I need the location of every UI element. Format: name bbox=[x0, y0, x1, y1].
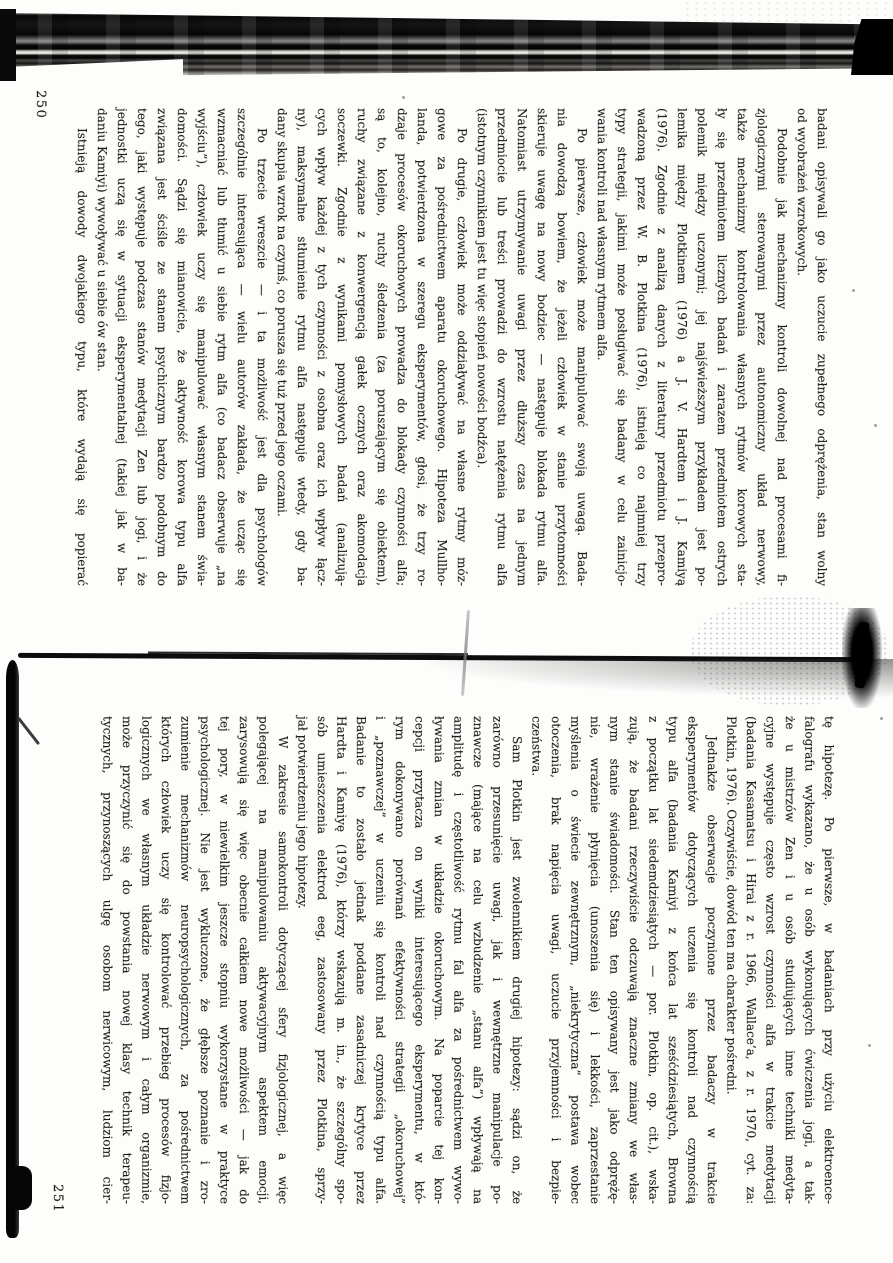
text-line: szczególnie interesująca — wielu autorów… bbox=[232, 108, 252, 586]
text-line: landa, potwierdzona w szeregu eksperymen… bbox=[412, 108, 432, 586]
text-line: myślenia o świecie zewnętrznym, „niekryt… bbox=[565, 716, 585, 1204]
text-line: przedmiocie lub treści prowadzi do wzros… bbox=[492, 108, 512, 586]
text-line: że u mistrzów Zen i u osób studiujących … bbox=[780, 716, 800, 1204]
text-line: jał potwierdzeniu jego hipotezy. bbox=[292, 716, 312, 1204]
text-line: nia dowodzą bowiem, że jeżeli człowiek w… bbox=[552, 108, 572, 586]
text-line: daniu Kamiyi) wywoływać u siebie ów stan… bbox=[92, 108, 112, 586]
text-line: ływania zmian w układzie okoruchowym. Na… bbox=[429, 716, 449, 1204]
spine-shadow-bump bbox=[8, 1166, 32, 1210]
book-edge-left-cap bbox=[0, 9, 16, 81]
text-line: (istotnym czynnikiem jest tu więc stopie… bbox=[472, 108, 492, 586]
text-line: może przyczynić się do powstania nowej k… bbox=[117, 716, 137, 1204]
text-line: typu alfa (badania Kamiyi z końca lat sz… bbox=[663, 716, 683, 1204]
text-line: dzaje procesów okoruchowych prowadza do … bbox=[392, 108, 412, 586]
scan-noise-top-right bbox=[683, 0, 893, 24]
spine-shadow-bar bbox=[6, 660, 19, 1238]
book-scan: badani opisywali go jako uczucie zupełne… bbox=[0, 0, 893, 1263]
text-line: których człowiek uczy się kontrolować pr… bbox=[156, 716, 176, 1204]
text-line: Po trzecie wreszcie — i ta możliwość jes… bbox=[252, 108, 272, 586]
ink-speck bbox=[402, 96, 405, 99]
page-251: tę hipotezę. Po pierwsze, w badaniach pr… bbox=[97, 716, 838, 1204]
text-line: czeństwa. bbox=[526, 716, 546, 1204]
text-line: tycznych, przynoszących ulgę osobom nerw… bbox=[97, 716, 117, 1204]
text-line: polemik między uczonymi; jej najświeższy… bbox=[692, 108, 712, 586]
text-line: W zakresie samokontroli dotyczącej sfery… bbox=[273, 716, 293, 1204]
page-gutter-ink-blob bbox=[842, 608, 882, 708]
text-line: wadzoną przez W. B. Plotkina (1976), ist… bbox=[632, 108, 652, 586]
text-line: nym stanie świadomości. Stan ten opisywa… bbox=[604, 716, 624, 1204]
text-line: nie, wrażenie płynięcia (unoszenia się) … bbox=[585, 716, 605, 1204]
text-line: zjologicznymi sterowanymi przez autonomi… bbox=[752, 108, 772, 586]
text-line: falografu wykazano, że u osób wykonujący… bbox=[799, 716, 819, 1204]
text-line: Hardta i Kamiyę (1976), którzy wskazują … bbox=[331, 716, 351, 1204]
text-line: Po pierwsze, człowiek może manipulować s… bbox=[572, 108, 592, 586]
text-line: Istnieją dowody dwojakiego typu, które w… bbox=[72, 108, 92, 586]
text-line: psychologicznej. Nie jest wykluczone, że… bbox=[195, 716, 215, 1204]
text-line: tę hipotezę. Po pierwsze, w badaniach pr… bbox=[819, 716, 839, 1204]
text-line: i „poznawczej” w uczeniu się kontroli na… bbox=[370, 716, 390, 1204]
ink-speck bbox=[852, 289, 855, 292]
text-line: są to, kolejno, ruchy śledzenia (za poru… bbox=[372, 108, 392, 586]
text-line: znawcze (mające na celu wzbudzenie „stan… bbox=[468, 716, 488, 1204]
text-line: z początku lat siedemdziesiątych — por. … bbox=[643, 716, 663, 1204]
text-line: rym dokonywano porównań efektywności str… bbox=[390, 716, 410, 1204]
text-line: Plotkin, 1976). Oczywiście, dowód ten ma… bbox=[721, 716, 741, 1204]
ink-speck bbox=[560, 560, 563, 563]
text-line: typy strategii, jakimi może posługiwać s… bbox=[612, 108, 632, 586]
text-line: Natomiast utrzymywanie uwagi przez dłużs… bbox=[512, 108, 532, 586]
text-line: cepcji przytacza on wyniki interesująceg… bbox=[409, 716, 429, 1204]
text-line: otoczenia, brak napięcia uwagi, uczucie … bbox=[546, 716, 566, 1204]
text-line: ny), maksymalne stłumienie rytmu alfa na… bbox=[292, 108, 312, 586]
text-line: skieruje uwagę na nowy bodziec — następu… bbox=[532, 108, 552, 586]
text-line: zują, że badani rzeczywiście odczuwają z… bbox=[624, 716, 644, 1204]
text-line: zumienie mechanizmów neuropsychologiczny… bbox=[175, 716, 195, 1204]
text-line: Podobnie jak mechanizmy kontroli dowolne… bbox=[772, 108, 792, 586]
text-line: (badania Kasamatsu i Hirai z r. 1966, Wa… bbox=[741, 716, 761, 1204]
text-line: soczewki. Zgodnie z wynikami pomysłowych… bbox=[332, 108, 352, 586]
text-line: dany skupia wzrok na czymś, co porusza s… bbox=[272, 108, 292, 586]
text-line: cych wpływ każdej z tych czynności z oso… bbox=[312, 108, 332, 586]
text-line: lemika między Plotkinem (1976) a J. V. H… bbox=[672, 108, 692, 586]
ink-speck bbox=[874, 424, 877, 427]
text-line: tego, jaki występuje podczas stanów medy… bbox=[132, 108, 152, 586]
text-line: także mechanizmy kontrolowania własnych … bbox=[732, 108, 752, 586]
text-line: ły się przedmiotem licznych badań i zara… bbox=[712, 108, 732, 586]
page-number-250: 250 bbox=[33, 90, 48, 119]
text-line: eksperymentów dotyczących uczenia się ko… bbox=[682, 716, 702, 1204]
text-line: (1976). Zgodnie z analizą danych z liter… bbox=[652, 108, 672, 586]
text-line: ruchy związane z konwergencją gałek oczn… bbox=[352, 108, 372, 586]
text-line: polegającej na manipulowaniu aktywacyjny… bbox=[253, 716, 273, 1204]
text-line: tej pory, w niewielkim jeszcze stopniu w… bbox=[214, 716, 234, 1204]
text-line: Sam Plotkin jest zwolennikiem drugiej hi… bbox=[507, 716, 527, 1204]
text-line: Po drugie, człowiek może oddziaływać na … bbox=[452, 108, 472, 586]
text-line: związana jest ściśle ze stanem psychiczn… bbox=[152, 108, 172, 586]
text-line: wzmacniać lub tłumić u siebie rytm alfa … bbox=[212, 108, 232, 586]
scratch-mark-left bbox=[17, 717, 40, 746]
text-line: logicznych we własnym układzie nerwowym … bbox=[136, 716, 156, 1204]
text-line: badani opisywali go jako uczucie zupełne… bbox=[812, 108, 832, 586]
ink-speck bbox=[868, 1044, 871, 1047]
text-line: zarysowują się więc obecnie całkiem nowe… bbox=[234, 716, 254, 1204]
text-line: Badanie to zostało jednak poddane zasadn… bbox=[351, 716, 371, 1204]
text-line: wania kontroli nad własnym rytmem alfa. bbox=[592, 108, 612, 586]
text-line: sób umieszczenia elektrod eeg, zastosowa… bbox=[312, 716, 332, 1204]
text-line: gowe za pośrednictwem aparatu okoruchowe… bbox=[432, 108, 452, 586]
text-line: jednostki uczą się w sytuacji eksperymen… bbox=[112, 108, 132, 586]
ink-speck bbox=[880, 717, 883, 720]
page-number-251: 251 bbox=[50, 1184, 65, 1213]
text-line: amplitudę i częstotliwość rytmu fal alfa… bbox=[448, 716, 468, 1204]
text-line: od wyobrażeń wzrokowych. bbox=[792, 108, 812, 586]
text-line: Jednakże obserwacje poczynione przez bad… bbox=[702, 716, 722, 1204]
text-line: domości. Sądzi się mianowicie, że aktywn… bbox=[172, 108, 192, 586]
text-line: wyjściu”), człowiek uczy się manipulować… bbox=[192, 108, 212, 586]
text-line: cyjne występuje często wzrost czynności … bbox=[760, 716, 780, 1204]
text-line: zarówno przesunięcie uwagi, jak i wewnęt… bbox=[487, 716, 507, 1204]
page-250: badani opisywali go jako uczucie zupełne… bbox=[72, 108, 832, 586]
